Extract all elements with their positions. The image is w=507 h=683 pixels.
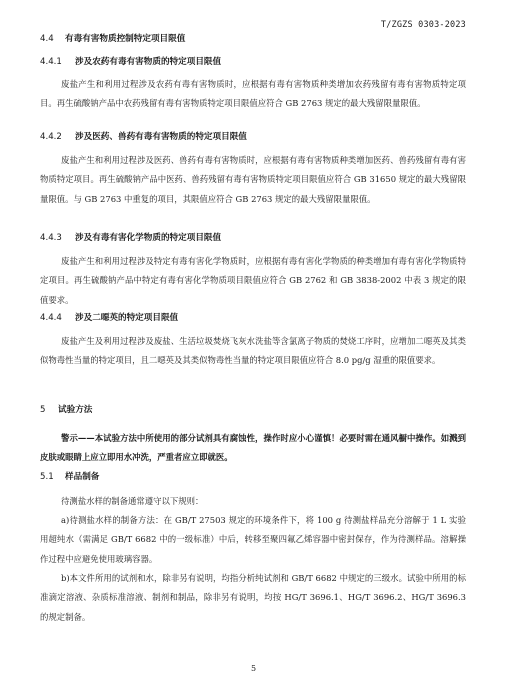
heading-number: 5 [40, 405, 55, 415]
paragraph-5-1-intro: 待测盐水样的制备通常遵守以下规则： [40, 492, 466, 511]
heading-title: 涉及农药有毒有害物质的特定项目限值 [75, 57, 221, 67]
heading-5: 5 试验方法 [40, 403, 92, 415]
heading-title: 试验方法 [58, 405, 92, 415]
warning-paragraph: 警示——本试验方法中所使用的部分试剂具有腐蚀性，操作时应小心谨慎！必要时需在通风… [40, 429, 466, 468]
paragraph-5-1-item-b: b)本文件所用的试剂和水，除非另有说明，均指分析纯试剂和 GB/T 6682 中… [40, 569, 466, 627]
heading-4-4-2: 4.4.2 涉及医药、兽药有毒有害物质的特定项目限值 [40, 130, 247, 142]
document-code: T/ZGZS 0303-2023 [381, 20, 466, 30]
paragraph-4-4-4: 废盐产生及利用过程涉及废盐、生活垃圾焚烧飞灰水洗盐等含氯离子物质的焚烧工序时，应… [40, 332, 466, 371]
paragraph-4-4-1: 废盐产生和利用过程涉及农药有毒有害物质时，应根据有毒有害物质种类增加农药残留有毒… [40, 75, 466, 114]
heading-5-1: 5.1 样品制备 [40, 470, 99, 482]
heading-4-4-3: 4.4.3 涉及有毒有害化学物质的特定项目限值 [40, 231, 221, 243]
document-page: T/ZGZS 0303-2023 4.4 有毒有害物质控制特定项目限值 4.4.… [0, 0, 507, 683]
heading-number: 4.4.4 [40, 313, 72, 323]
heading-number: 4.4.3 [40, 233, 72, 243]
heading-title: 涉及医药、兽药有毒有害物质的特定项目限值 [75, 132, 247, 142]
paragraph-5-1-item-a: a)待测盐水样的制备方法：在 GB/T 27503 规定的环境条件下，将 100… [40, 511, 466, 569]
heading-title: 涉及有毒有害化学物质的特定项目限值 [75, 233, 221, 243]
heading-4-4-1: 4.4.1 涉及农药有毒有害物质的特定项目限值 [40, 55, 221, 67]
heading-4-4: 4.4 有毒有害物质控制特定项目限值 [40, 32, 185, 44]
heading-title: 有毒有害物质控制特定项目限值 [65, 34, 185, 44]
heading-number: 5.1 [40, 472, 62, 482]
heading-number: 4.4.2 [40, 132, 72, 142]
paragraph-4-4-3: 废盐产生和利用过程涉及特定有毒有害化学物质时，应根据有毒有害化学物质的种类增加有… [40, 252, 466, 310]
heading-4-4-4: 4.4.4 涉及二噁英的特定项目限值 [40, 311, 178, 323]
paragraph-4-4-2: 废盐产生和利用过程涉及医药、兽药有毒有害物质时，应根据有毒有害物质种类增加医药、… [40, 151, 466, 209]
heading-title: 样品制备 [65, 472, 99, 482]
heading-number: 4.4.1 [40, 57, 72, 67]
page-number: 5 [0, 664, 507, 673]
heading-title: 涉及二噁英的特定项目限值 [75, 313, 178, 323]
heading-number: 4.4 [40, 34, 62, 44]
